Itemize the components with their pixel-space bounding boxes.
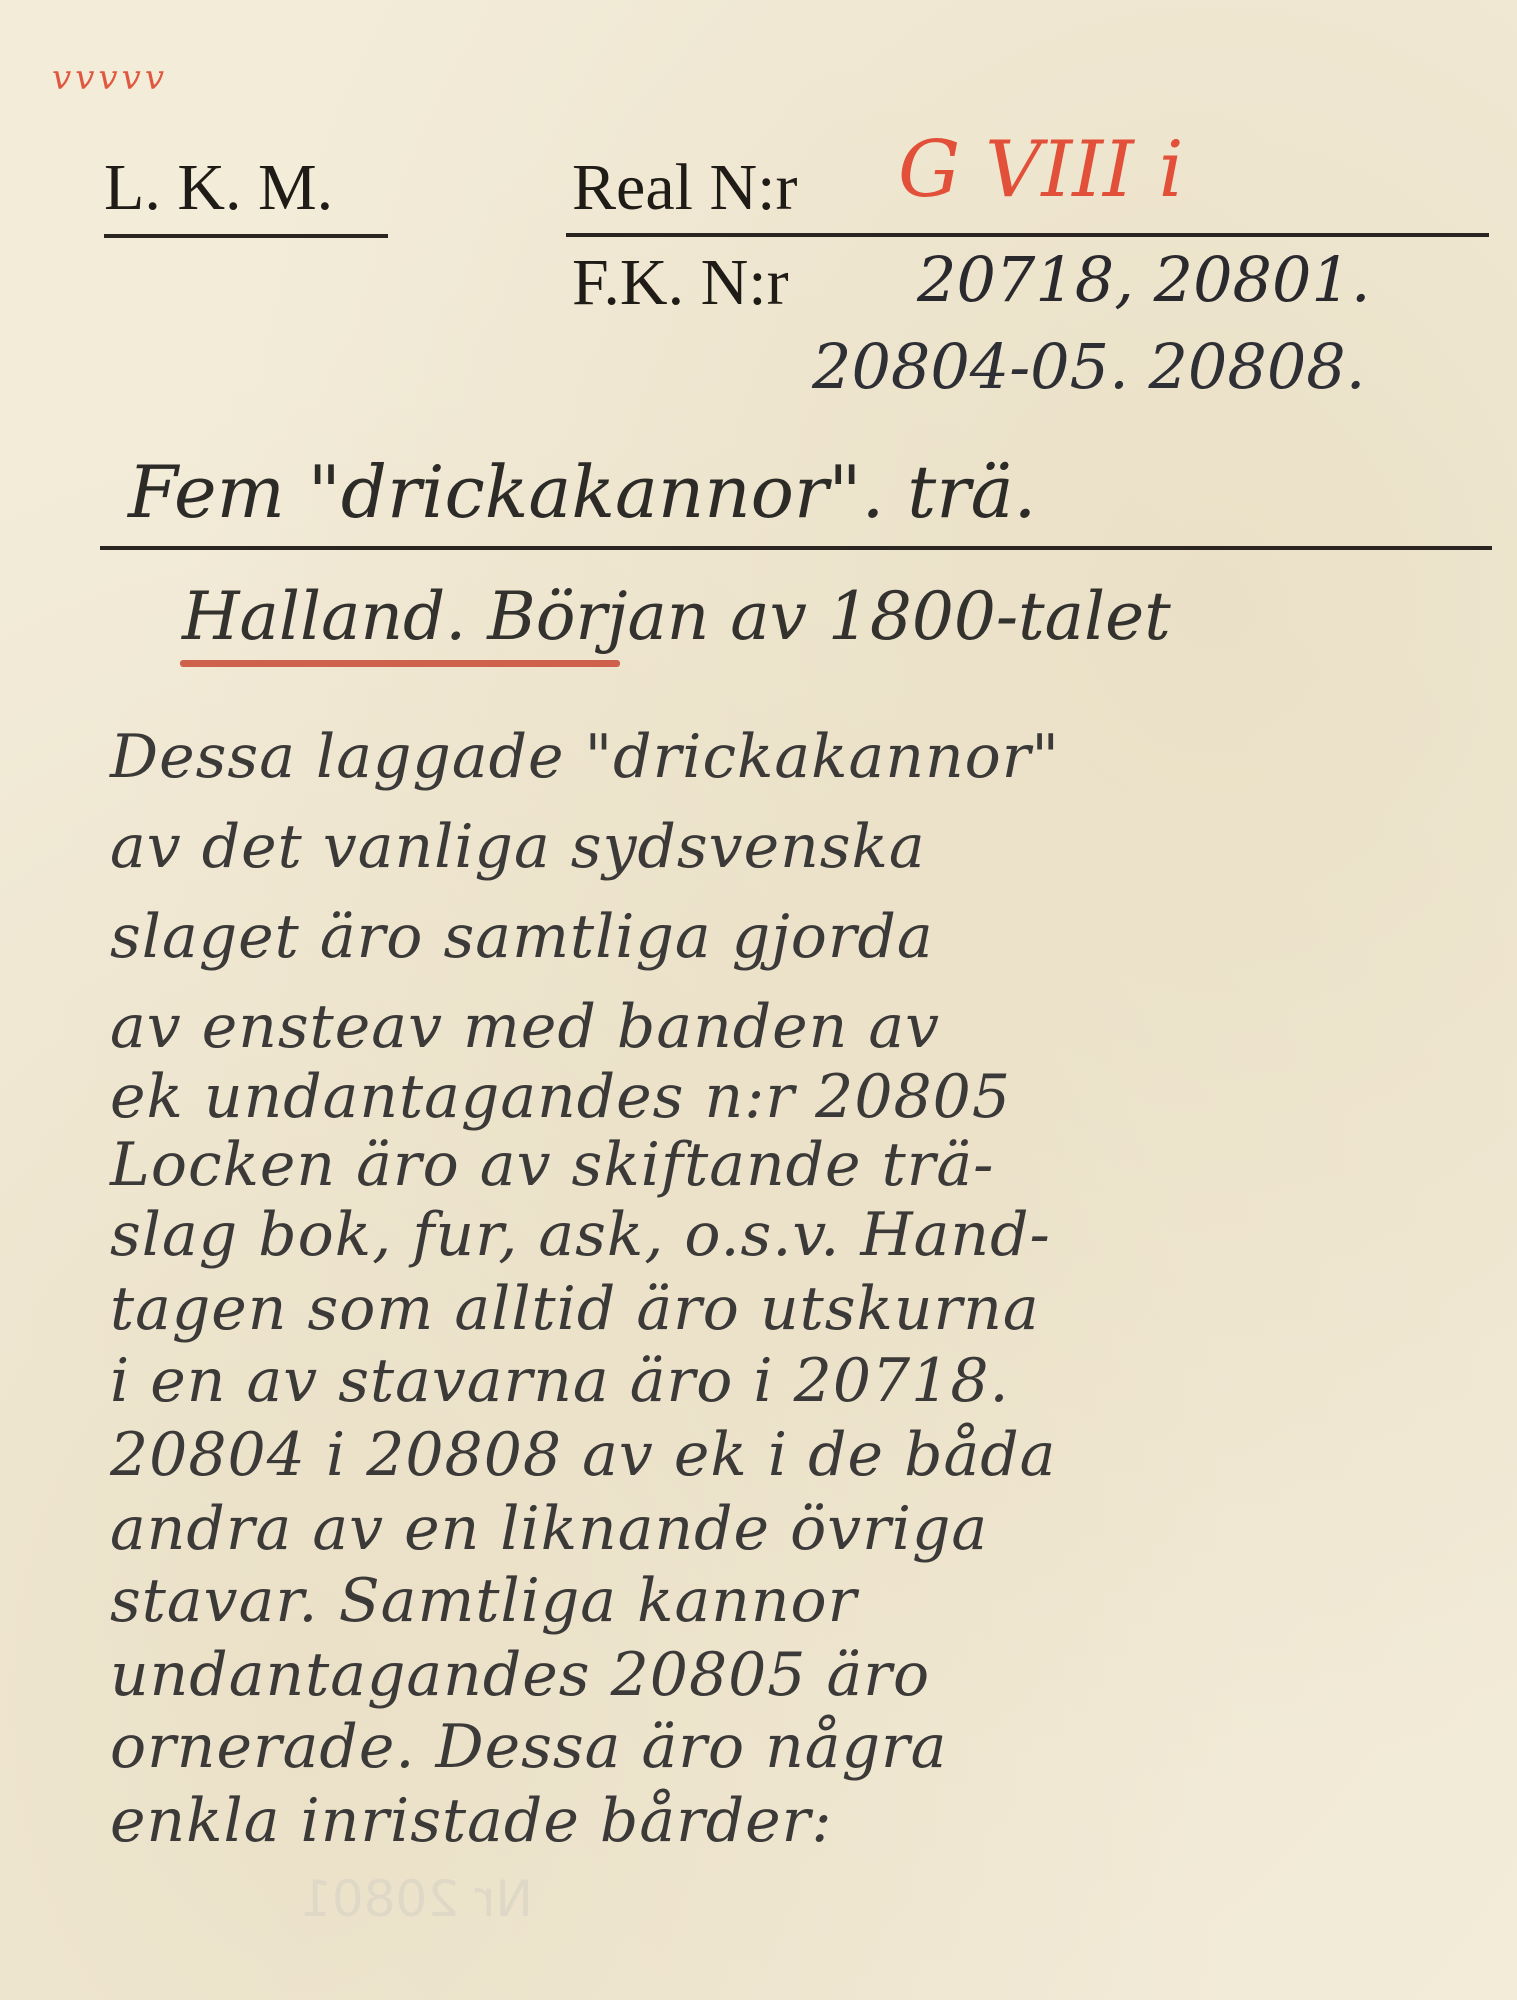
body-line-11: andra av en liknande övriga	[110, 1494, 988, 1564]
body-line-8: tagen som alltid äro utskurna	[110, 1274, 1040, 1344]
title-divider	[100, 546, 1492, 550]
body-line-1: Dessa laggade "drickakannor"	[110, 722, 1060, 792]
museum-abbreviation: L. K. M.	[104, 150, 333, 226]
body-line-9: i en av stavarna äro i 20718.	[110, 1346, 1010, 1416]
provenance-line: Halland. Början av 1800-talet	[182, 578, 1171, 655]
object-title: Fem "drickakannor". trä.	[128, 450, 1036, 534]
body-line-3: slaget äro samtliga gjorda	[110, 902, 934, 972]
body-line-13: undantagandes 20805 äro	[110, 1640, 930, 1710]
body-line-10: 20804 i 20808 av ek i de båda	[110, 1420, 1056, 1490]
place-name: Halland	[182, 578, 445, 655]
place-red-underline	[180, 660, 620, 667]
fk-nr-label: F.K. N:r	[572, 245, 789, 321]
real-nr-label: Real N:r	[572, 150, 797, 226]
body-line-7: slag bok, fur, ask, o.s.v. Hand-	[110, 1200, 1051, 1270]
bleed-through-text: Nr 20801	[300, 1870, 533, 1928]
body-line-2: av det vanliga sydsvenska	[110, 812, 926, 882]
real-nr-value: G VIII i	[898, 125, 1184, 215]
fk-nr-values-line1: 20718, 20801.	[917, 243, 1371, 316]
body-line-5: ek undantagandes n:r 20805	[110, 1062, 1011, 1132]
body-line-6: Locken äro av skiftande trä-	[110, 1130, 994, 1200]
museum-underline	[104, 234, 388, 238]
body-line-14: ornerade. Dessa äro några	[110, 1712, 947, 1782]
body-line-12: stavar. Samtliga kannor	[110, 1566, 857, 1636]
body-line-4: av ensteav med banden av	[110, 992, 940, 1062]
catalog-card: vvvvv L. K. M. Real N:r G VIII i F.K. N:…	[0, 0, 1517, 2000]
fk-nr-values-line2: 20804-05. 20808.	[812, 330, 1365, 403]
period: . Början av 1800-talet	[445, 578, 1170, 655]
header-divider	[566, 233, 1489, 237]
red-check-marks: vvvvv	[52, 58, 168, 98]
body-line-15: enkla inristade bårder:	[110, 1786, 833, 1856]
